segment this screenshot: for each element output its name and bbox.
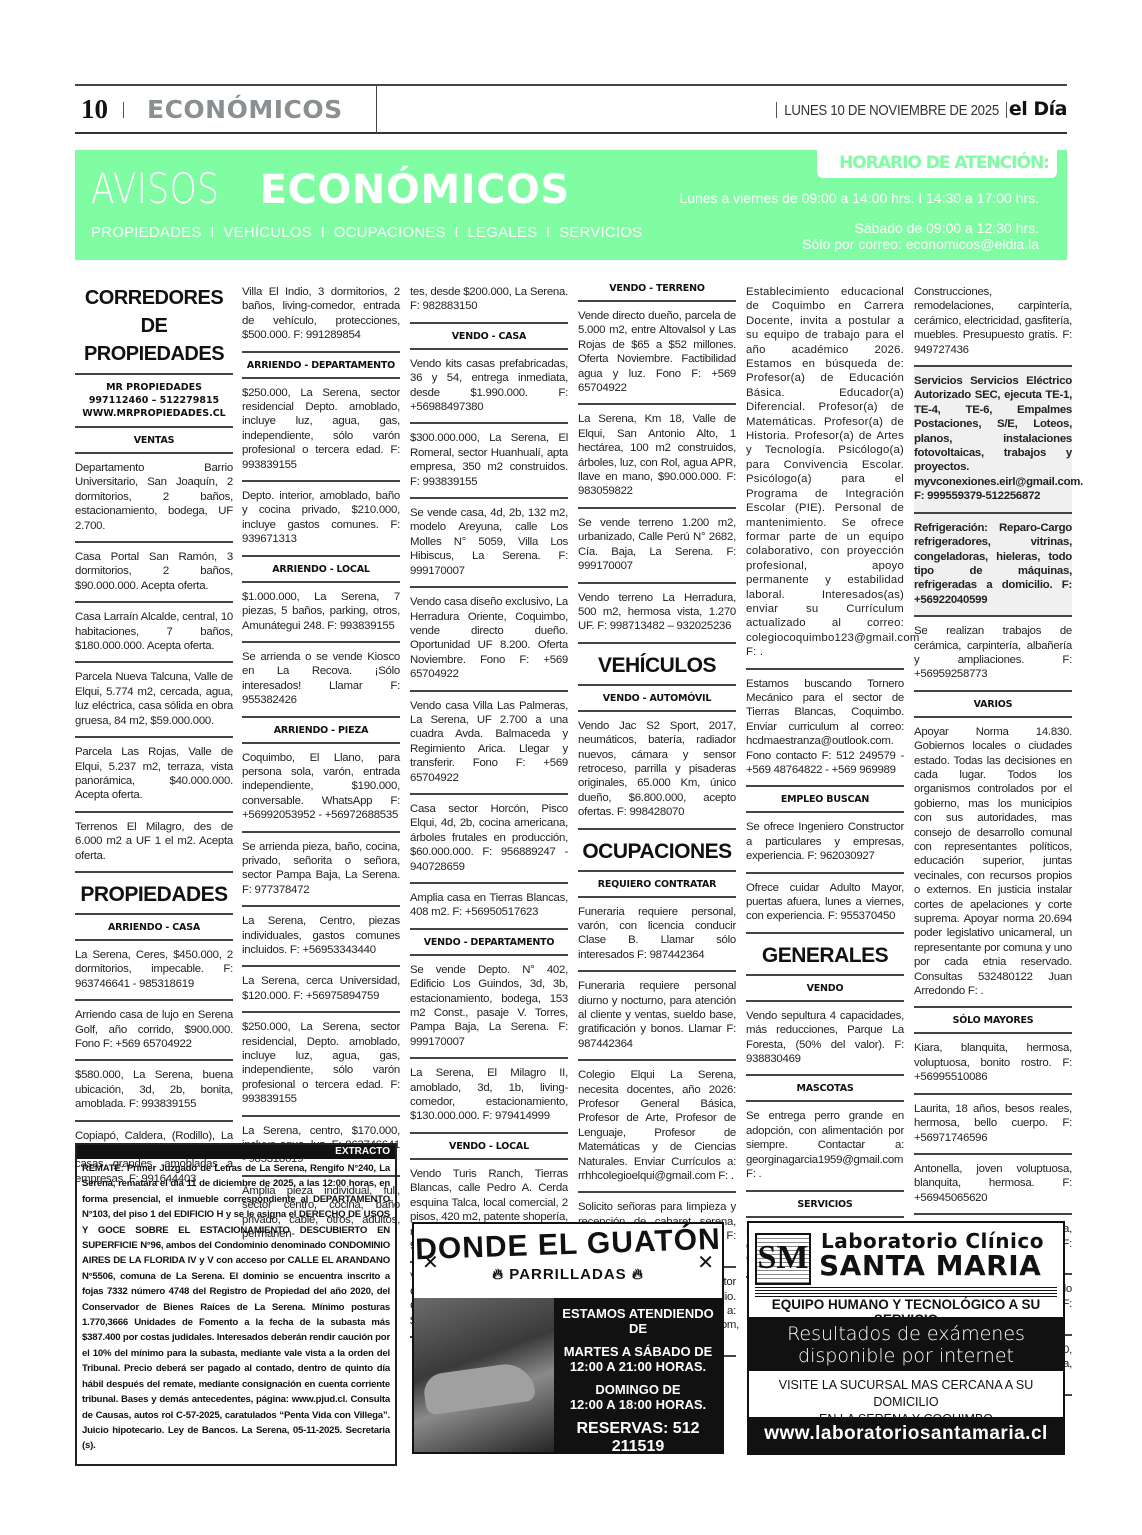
classified-ad: Vende directo dueño, parcela de 5.000 m2… <box>578 302 736 405</box>
column-5: Establecimiento educacional de Coquimbo … <box>746 276 904 1278</box>
subheading-vendo-casa: VENDO - CASA <box>410 324 568 350</box>
classified-ad: Terrenos El Milagro, des de 6.000 m2 a U… <box>75 813 233 873</box>
broker-website-link[interactable]: WWW.MRPROPIEDADES.CL <box>75 407 233 420</box>
classified-ad: $1.000.000, La Serena, 7 piezas, 5 baños… <box>242 583 400 643</box>
subheading-vendo-terreno: VENDO - TERRENO <box>578 276 736 302</box>
page-number: 10 <box>81 94 108 125</box>
classified-ad: Parcela Las Rojas, Valle de Elqui, 5.237… <box>75 738 233 813</box>
lab-name-line2: SANTA MARIA <box>819 1249 1041 1282</box>
extracto-label: EXTRACTO <box>77 1145 395 1159</box>
classified-ad: Antonella, joven voluptuosa, blanquita, … <box>914 1155 1072 1215</box>
lab-decorative-lines <box>755 1287 1057 1297</box>
classified-ad: Casa Larraín Alcalde, central, 10 habita… <box>75 603 233 663</box>
classified-ad: Arriendo casa de lujo en Serena Golf, añ… <box>75 1001 233 1061</box>
classified-ad: Coquimbo, El Llano, para persona sola, v… <box>242 744 400 833</box>
classified-ad: Apoyar Norma 14.830. Gobiernos locales o… <box>914 718 1072 1009</box>
subheading-empleo-buscan: EMPLEO BUSCAN <box>746 787 904 813</box>
section-heading-vehiculos: VEHÍCULOS <box>578 644 736 686</box>
classified-ad: Parcela Nueva Talcuna, Valle de Elqui, 5… <box>75 663 233 738</box>
lab-results-text: Resultados de exámenes disponible por in… <box>749 1323 1063 1367</box>
subheading-ventas: VENTAS <box>75 428 233 454</box>
section-heading-generales: GENERALES <box>746 934 904 976</box>
classified-ad: Laurita, 18 años, besos reales, hermosa,… <box>914 1095 1072 1155</box>
classified-ad: Se vende Depto. N° 402, Edificio Los Gui… <box>410 956 568 1059</box>
guaton-hours-panel: ESTAMOS ATENDIENDO DE MARTES A SÁBADO DE… <box>554 1298 722 1454</box>
column-2: Villa El Indio, 3 dormitorios, 2 baños, … <box>242 276 400 1250</box>
column-1: CORREDORES DE PROPIEDADES MR PROPIEDADES… <box>75 276 233 1194</box>
classified-ad: Vendo Jac S2 Sport, 2017, neumáticos, ba… <box>578 712 736 830</box>
classified-ad: Casa Portal San Ramón, 3 dormitorios, 2 … <box>75 543 233 603</box>
separator <box>1006 102 1007 118</box>
column-3: tes, desde $200.000, La Serena. F: 98288… <box>410 276 568 1338</box>
classified-ad-highlighted: Servicios Servicios Eléctrico Autorizado… <box>914 367 1072 514</box>
section-heading-ocupaciones: OCUPACIONES <box>578 830 736 872</box>
column-4: VENDO - TERRENO Vende directo dueño, par… <box>578 276 736 1357</box>
ad-laboratorio-santa-maria: SM Laboratorio Clínico SANTA MARIA EQUIP… <box>747 1221 1065 1455</box>
lab-tagline: EQUIPO HUMANO Y TECNOLÓGICO A SU SERVICI… <box>749 1297 1063 1317</box>
banner-title: AVISOS ECONÓMICOS <box>91 168 570 210</box>
flame-icon: 🔥︎ <box>632 1266 644 1283</box>
subheading-solo-mayores: SÓLO MAYORES <box>914 1008 1072 1034</box>
newspaper-logo: el Día <box>1009 98 1067 120</box>
classified-ad: $250.000, La Serena, sector residencial,… <box>242 1013 400 1116</box>
subheading-vendo: VENDO <box>746 976 904 1002</box>
classified-ad: Casa sector Horcón, Pisco Elqui, 4d, 2b,… <box>410 795 568 884</box>
classified-ad: Se arrienda pieza, baño, cocina, privado… <box>242 833 400 908</box>
classified-ad: Villa El Indio, 3 dormitorios, 2 baños, … <box>242 276 400 353</box>
separator <box>123 102 124 118</box>
classified-ad: Se ofrece Ingeniero Constructor a partic… <box>746 813 904 873</box>
classified-ad: Amplia casa en Tierras Blancas, 408 m2. … <box>410 884 568 930</box>
broker-contact: MR PROPIEDADES 997112460 – 512279815 WWW… <box>75 375 233 428</box>
classified-ad: Se entrega perro grande en adopción, con… <box>746 1102 904 1191</box>
subheading-arriendo-pieza: ARRIENDO - PIEZA <box>242 718 400 744</box>
guaton-reservas: RESERVAS: 512 211519 <box>554 1420 722 1454</box>
section-title: ECONÓMICOS <box>147 95 343 124</box>
grilled-meat-photo <box>414 1298 554 1454</box>
classified-ad: $300.000.000, La Serena, El Romeral, sec… <box>410 424 568 499</box>
lab-website-link[interactable]: www.laboratoriosantamaria.cl <box>749 1423 1063 1445</box>
header-divider <box>376 86 377 134</box>
hours-saturday: Sábado de 09:00 a 12:30 hrs. <box>855 220 1039 236</box>
avisos-banner: AVISOS ECONÓMICOS PROPIEDADES I VEHÍCULO… <box>75 150 1067 260</box>
subheading-requiero-contratar: REQUIERO CONTRATAR <box>578 872 736 898</box>
classified-ad: Se vende terreno 1.200 m2, urbanizado, C… <box>578 509 736 584</box>
classified-ad: Ofrece cuidar Adulto Mayor, puertas afue… <box>746 874 904 934</box>
guaton-title: DONDE EL GUATÓN <box>414 1223 723 1268</box>
banner-categories: PROPIEDADES I VEHÍCULOS I OCUPACIONES I … <box>91 224 642 241</box>
separator <box>776 102 777 118</box>
classified-ad: La Serena, Centro, piezas individuales, … <box>242 907 400 967</box>
classified-ad: tes, desde $200.000, La Serena. F: 98288… <box>410 276 568 324</box>
ad-donde-el-guaton: ✕ ✕ DONDE EL GUATÓN 🔥︎ PARRILLADAS 🔥︎ ES… <box>412 1222 724 1454</box>
page-header: 10 ECONÓMICOS LUNES 10 DE NOVIEMBRE DE 2… <box>75 84 1067 134</box>
classified-ad: Vendo terreno La Herradura, 500 m2, herm… <box>578 584 736 644</box>
subheading-arriendo-local: ARRIENDO - LOCAL <box>242 557 400 583</box>
classified-ad: Vendo casa diseño exclusivo, La Herradur… <box>410 588 568 691</box>
classified-ad: La Serena, Ceres, $450.000, 2 dormitorio… <box>75 941 233 1001</box>
section-heading-propiedades: PROPIEDADES <box>75 873 233 915</box>
subheading-vendo-local: VENDO - LOCAL <box>410 1134 568 1160</box>
subheading-servicios: SERVICIOS <box>746 1192 904 1218</box>
classified-ad: Vendo casa Villa Las Palmeras, La Serena… <box>410 692 568 795</box>
contact-email: Sólo por correo: economicos@eldia.la <box>802 236 1039 252</box>
classified-ad: $250.000, La Serena, sector residencial … <box>242 379 400 482</box>
lab-visit-text: VISITE LA SUCURSAL MAS CERCANA A SU DOMI… <box>749 1371 1063 1417</box>
guaton-subtitle: 🔥︎ PARRILLADAS 🔥︎ <box>414 1266 722 1283</box>
subheading-arriendo-casa: ARRIENDO - CASA <box>75 915 233 941</box>
classified-ad: Funeraria requiere personal, varón, con … <box>578 898 736 973</box>
hours-weekday: Lunes a viernes de 09:00 a 14:00 hrs. I … <box>679 190 1039 206</box>
classified-ad: Establecimiento educacional de Coquimbo … <box>746 276 904 670</box>
subheading-varios: VARIOS <box>914 692 1072 718</box>
classified-ad: La Serena, cerca Universidad, $120.000. … <box>242 967 400 1013</box>
hours-tab: HORARIO DE ATENCIÓN: <box>817 150 1057 178</box>
classified-ad: Depto. interior, amoblado, baño y cocina… <box>242 482 400 557</box>
classified-ad: La Serena, Km 18, Valle de Elqui, San An… <box>578 405 736 508</box>
classified-ad: Se arrienda o se vende Kiosco en La Reco… <box>242 643 400 718</box>
lab-logo-icon: SM <box>755 1233 811 1285</box>
classified-ad: Vendo sepultura 4 capacidades, más reduc… <box>746 1002 904 1077</box>
classified-ad: Funeraria requiere personal diurno y noc… <box>578 972 736 1061</box>
extracto-body: REMATE: Primer Juzgado de Letras de La S… <box>77 1159 395 1456</box>
subheading-arriendo-departamento: ARRIENDO - DEPARTAMENTO <box>242 353 400 379</box>
classified-ad: Colegio Elqui La Serena, necesita docent… <box>578 1061 736 1193</box>
classified-ad: Se vende casa, 4d, 2b, 132 m2, modelo Ar… <box>410 499 568 588</box>
classified-ad: Se realizan trabajos de cerámica, carpin… <box>914 617 1072 692</box>
classified-ad: $580.000, La Serena, buena ubicación, 3d… <box>75 1061 233 1121</box>
classified-ad: Kiara, blanquita, hermosa, voluptuosa, b… <box>914 1034 1072 1094</box>
subheading-vendo-automovil: VENDO - AUTOMÓVIL <box>578 686 736 712</box>
classified-ad: La Serena, El Milagro II, amoblado, 3d, … <box>410 1059 568 1134</box>
issue-date: LUNES 10 DE NOVIEMBRE DE 2025 <box>784 102 999 119</box>
classified-ad: Departamento Barrio Universitario, San J… <box>75 454 233 543</box>
subheading-mascotas: MASCOTAS <box>746 1076 904 1102</box>
legal-notice-extracto: EXTRACTO REMATE: Primer Juzgado de Letra… <box>75 1143 397 1466</box>
flame-icon: 🔥︎ <box>492 1266 504 1283</box>
subheading-vendo-departamento: VENDO - DEPARTAMENTO <box>410 930 568 956</box>
section-heading-corredores: CORREDORES DE PROPIEDADES <box>75 276 233 375</box>
classified-ad: Vendo kits casas prefabricadas, 36 y 54,… <box>410 350 568 425</box>
classified-ad: Estamos buscando Tornero Mecánico para e… <box>746 670 904 788</box>
classified-ad: Construcciones, remodelaciones, carpinte… <box>914 276 1072 367</box>
classified-ad-highlighted: Refrigeración: Reparo-Cargo refrigerador… <box>914 514 1072 617</box>
